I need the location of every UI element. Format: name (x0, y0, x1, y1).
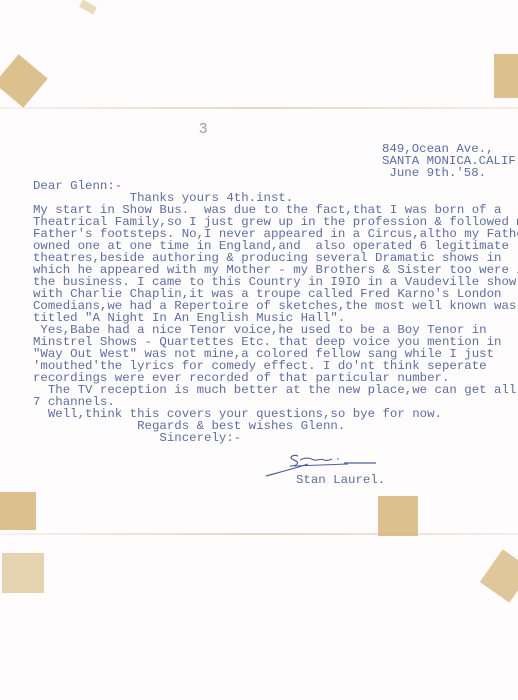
tape-mid-right (378, 496, 418, 536)
fold-crease-top (0, 107, 518, 109)
typed-signature-name: Stan Laurel. (296, 474, 385, 486)
letter-page: 3 849,Ocean Ave., SANTA MONICA.CALIF. Ju… (0, 0, 518, 700)
tape-top-right (494, 54, 518, 98)
letter-date: June 9th.'58. (382, 167, 486, 179)
tape-bottom-left (2, 553, 44, 593)
tape-mid-left (0, 492, 36, 530)
fold-crease-bottom (0, 533, 518, 535)
tape-bottom-right (480, 549, 518, 602)
tape-top-left (0, 54, 48, 108)
page-number: 3 (199, 120, 207, 137)
tape-fragment-top (79, 0, 97, 14)
closing-sincerely: Sincerely:- (33, 432, 241, 444)
